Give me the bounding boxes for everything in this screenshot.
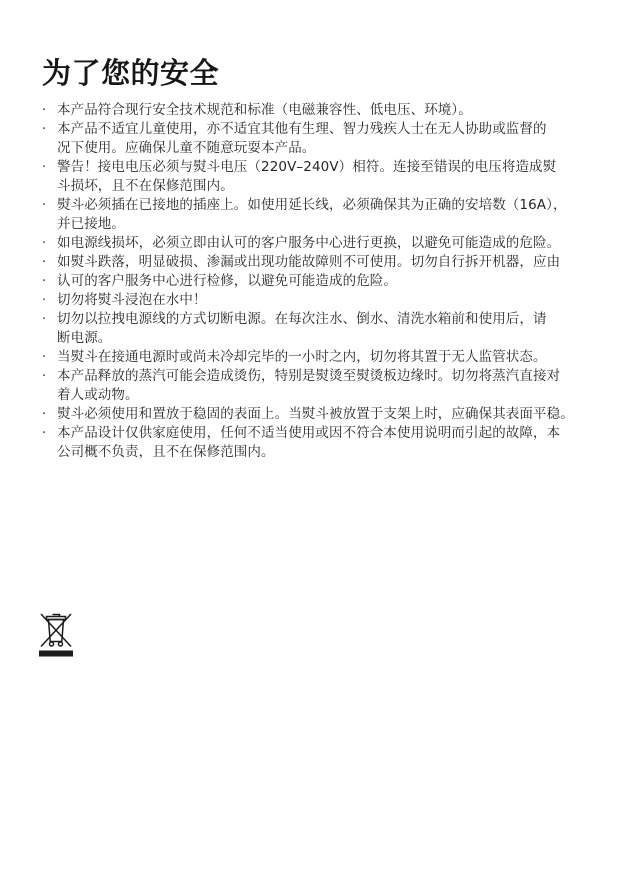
safety-line: 断电源。 — [42, 329, 578, 348]
safety-line-text: 如熨斗跌落，明显破损、渗漏或出现功能故障则不可使用。切勿自行拆开机器，应由 — [57, 253, 578, 272]
safety-line-text: 本产品设计仅供家庭使用，任何不适当使用或因不符合本使用说明而引起的故障，本 — [57, 424, 578, 443]
bullet-icon: · — [42, 310, 57, 329]
safety-line-text: 并已接地。 — [57, 215, 578, 234]
safety-instructions-list: ·本产品符合现行安全技术规范和标准（电磁兼容性、低电压、环境）。 ·本产品不适宜… — [42, 101, 578, 462]
safety-line-text: 警告！接电电压必须与熨斗电压（220V–240V）相符。连接至错误的电压将造成熨 — [57, 158, 578, 177]
safety-line-text: 况下使用。应确保儿童不随意玩耍本产品。 — [57, 139, 578, 158]
bullet-icon: · — [42, 158, 57, 177]
safety-line-text: 本产品释放的蒸汽可能会造成烫伤，特别是熨烫至熨烫板边缘时。切勿将蒸汽直接对 — [57, 367, 578, 386]
safety-line: ·警告！接电电压必须与熨斗电压（220V–240V）相符。连接至错误的电压将造成… — [42, 158, 578, 177]
safety-line-text: 当熨斗在接通电源时或尚未冷却完毕的一小时之内，切勿将其置于无人监管状态。 — [57, 348, 578, 367]
bullet-icon: · — [42, 291, 57, 310]
safety-line: 并已接地。 — [42, 215, 578, 234]
page-title: 为了您的安全 — [42, 52, 219, 94]
safety-line-text: 着人或动物。 — [57, 386, 578, 405]
safety-line: ·切勿将熨斗浸泡在水中！ — [42, 291, 578, 310]
safety-line: 着人或动物。 — [42, 386, 578, 405]
safety-line: 公司概不负责，且不在保修范围内。 — [42, 443, 578, 462]
safety-line: ·本产品符合现行安全技术规范和标准（电磁兼容性、低电压、环境）。 — [42, 101, 578, 120]
safety-line: ·本产品释放的蒸汽可能会造成烫伤，特别是熨烫至熨烫板边缘时。切勿将蒸汽直接对 — [42, 367, 578, 386]
safety-line: ·认可的客户服务中心进行检修，以避免可能造成的危险。 — [42, 272, 578, 291]
safety-line-text: 公司概不负责，且不在保修范围内。 — [57, 443, 578, 462]
bullet-icon: · — [42, 272, 57, 291]
safety-line-text: 本产品不适宜儿童使用，亦不适宜其他有生理、智力残疾人士在无人协助或监督的 — [57, 120, 578, 139]
bullet-icon: · — [42, 367, 57, 386]
bullet-icon: · — [42, 405, 57, 424]
safety-line: 斗损坏，且不在保修范围内。 — [42, 177, 578, 196]
safety-line-text: 断电源。 — [57, 329, 578, 348]
safety-line-text: 切勿将熨斗浸泡在水中！ — [57, 291, 578, 310]
safety-line-text: 切勿以拉拽电源线的方式切断电源。在每次注水、倒水、清洗水箱前和使用后，请 — [57, 310, 578, 329]
safety-line-text: 斗损坏，且不在保修范围内。 — [57, 177, 578, 196]
safety-line: ·熨斗必须使用和置放于稳固的表面上。当熨斗被放置于支架上时，应确保其表面平稳。 — [42, 405, 578, 424]
bullet-icon: · — [42, 120, 57, 139]
safety-line: ·本产品设计仅供家庭使用，任何不适当使用或因不符合本使用说明而引起的故障，本 — [42, 424, 578, 443]
bullet-icon: · — [42, 101, 57, 120]
safety-line-text: 熨斗必须插在已接地的插座上。如使用延长线，必须确保其为正确的安培数（16A）， — [57, 196, 578, 215]
bullet-icon: · — [42, 253, 57, 272]
safety-line-text: 本产品符合现行安全技术规范和标准（电磁兼容性、低电压、环境）。 — [57, 101, 578, 120]
safety-line: ·本产品不适宜儿童使用，亦不适宜其他有生理、智力残疾人士在无人协助或监督的 — [42, 120, 578, 139]
safety-line: ·当熨斗在接通电源时或尚未冷却完毕的一小时之内，切勿将其置于无人监管状态。 — [42, 348, 578, 367]
safety-line: ·如电源线损坏，必须立即由认可的客户服务中心进行更换，以避免可能造成的危险。 — [42, 234, 578, 253]
manual-safety-page: 为了您的安全 ·本产品符合现行安全技术规范和标准（电磁兼容性、低电压、环境）。 … — [0, 0, 620, 872]
weee-crossed-bin-icon — [38, 611, 74, 658]
safety-line: ·熨斗必须插在已接地的插座上。如使用延长线，必须确保其为正确的安培数（16A）， — [42, 196, 578, 215]
safety-line: ·如熨斗跌落，明显破损、渗漏或出现功能故障则不可使用。切勿自行拆开机器，应由 — [42, 253, 578, 272]
safety-line: 况下使用。应确保儿童不随意玩耍本产品。 — [42, 139, 578, 158]
safety-line-text: 如电源线损坏，必须立即由认可的客户服务中心进行更换，以避免可能造成的危险。 — [57, 234, 578, 253]
bullet-icon: · — [42, 196, 57, 215]
bullet-icon: · — [42, 234, 57, 253]
safety-line-text: 熨斗必须使用和置放于稳固的表面上。当熨斗被放置于支架上时，应确保其表面平稳。 — [57, 405, 578, 424]
safety-line-text: 认可的客户服务中心进行检修，以避免可能造成的危险。 — [57, 272, 578, 291]
bullet-icon: · — [42, 424, 57, 443]
safety-line: ·切勿以拉拽电源线的方式切断电源。在每次注水、倒水、清洗水箱前和使用后，请 — [42, 310, 578, 329]
bullet-icon: · — [42, 348, 57, 367]
